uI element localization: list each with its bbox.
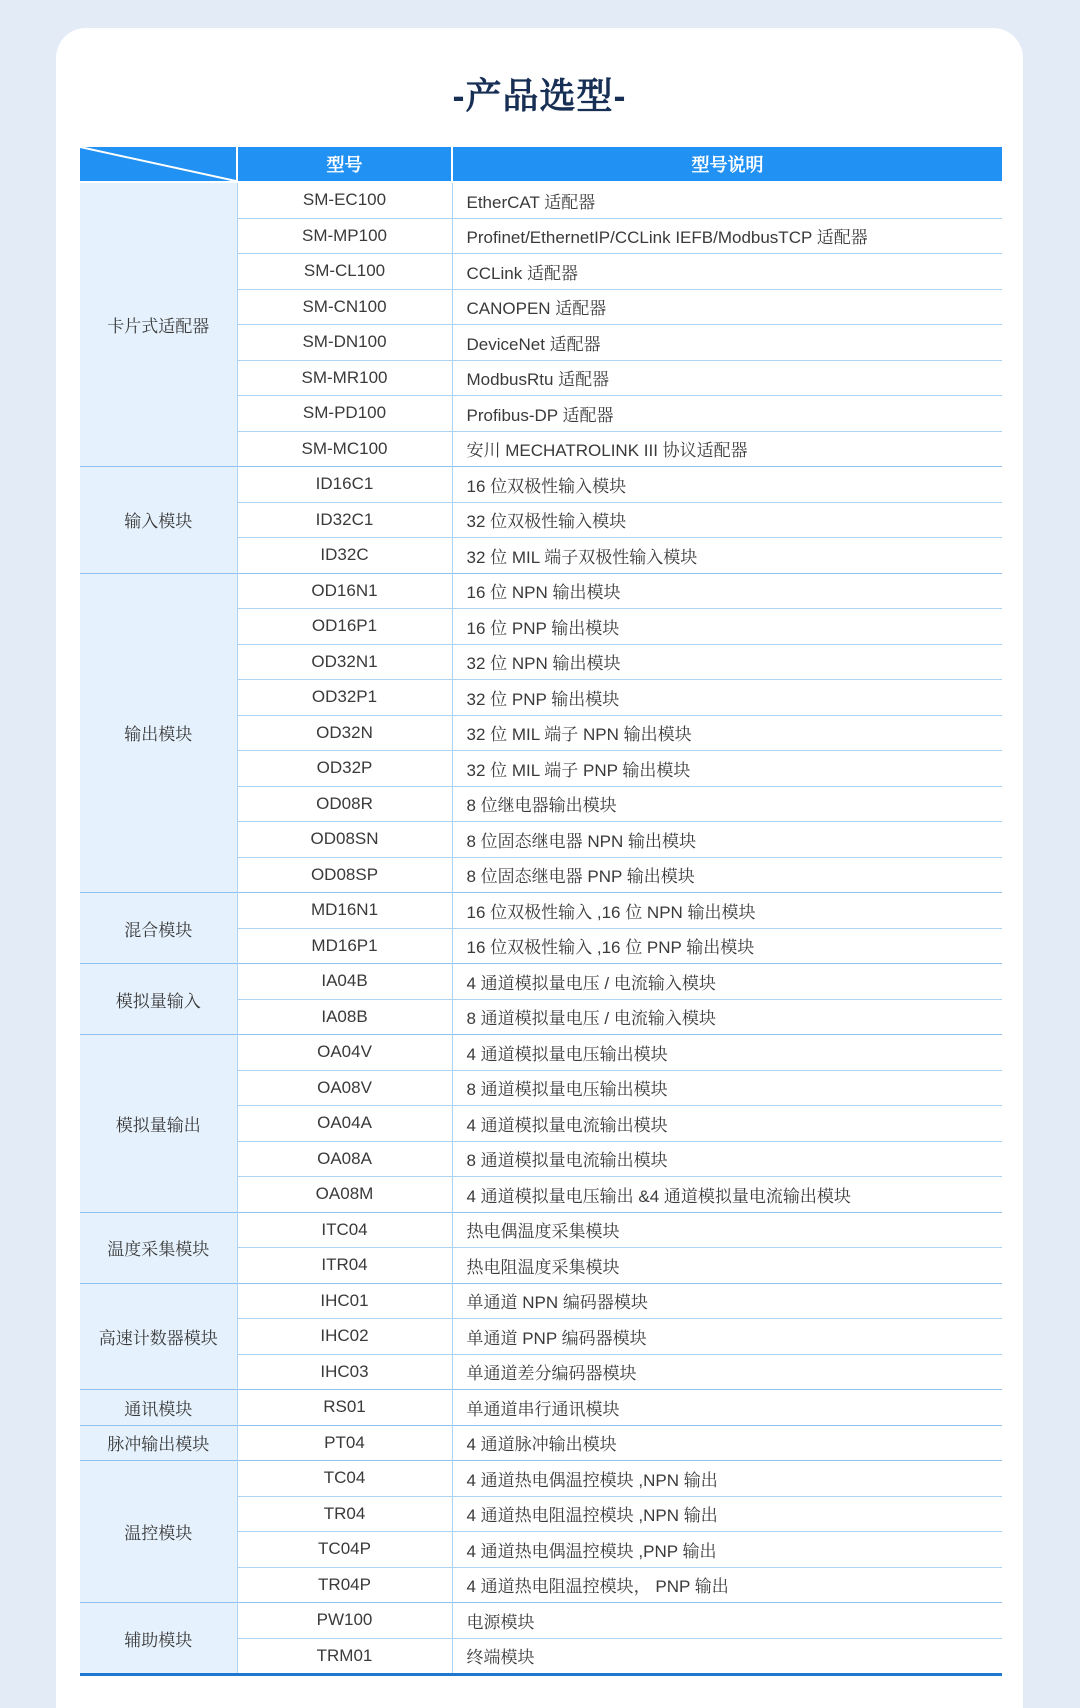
page-title: -产品选型- [56,28,1023,147]
category-cell: 温度采集模块 [80,1212,237,1283]
category-cell: 输入模块 [80,467,237,574]
model-cell: OA04V [237,1035,452,1071]
category-cell: 通讯模块 [80,1390,237,1426]
description-cell: 热电阻温度采集模块 [452,1248,1002,1284]
category-cell: 辅助模块 [80,1603,237,1675]
description-cell: 4 通道热电阻温控模块 ,NPN 输出 [452,1496,1002,1532]
model-cell: MD16N1 [237,893,452,929]
description-cell: 4 通道热电偶温控模块 ,NPN 输出 [452,1461,1002,1497]
description-cell: 32 位 MIL 端子 NPN 输出模块 [452,715,1002,751]
diagonal-divider-icon [80,147,236,181]
description-cell: 32 位 NPN 输出模块 [452,644,1002,680]
category-cell: 输出模块 [80,573,237,893]
model-cell: IHC01 [237,1283,452,1319]
description-cell: 单通道差分编码器模块 [452,1354,1002,1390]
description-cell: 4 通道模拟量电压输出 &4 通道模拟量电流输出模块 [452,1177,1002,1213]
table-header-row: 型号 型号说明 [80,147,1002,182]
description-cell: 32 位双极性输入模块 [452,502,1002,538]
model-cell: TC04 [237,1461,452,1497]
description-cell: 8 通道模拟量电压输出模块 [452,1070,1002,1106]
model-cell: PW100 [237,1603,452,1639]
description-cell: 单通道 NPN 编码器模块 [452,1283,1002,1319]
model-cell: OD32N [237,715,452,751]
description-cell: Profinet/EthernetIP/CCLink IEFB/ModbusTC… [452,218,1002,254]
description-cell: EtherCAT 适配器 [452,182,1002,218]
table-row: 通讯模块RS01单通道串行通讯模块 [80,1390,1002,1426]
table-row: 模拟量输出OA04V4 通道模拟量电压输出模块 [80,1035,1002,1071]
table-row: 输出模块OD16N116 位 NPN 输出模块 [80,573,1002,609]
model-cell: OD32P [237,751,452,787]
model-cell: OD08SP [237,857,452,893]
model-cell: SM-MR100 [237,360,452,396]
model-cell: OD08R [237,786,452,822]
model-cell: SM-PD100 [237,396,452,432]
category-cell: 混合模块 [80,893,237,964]
category-cell: 温控模块 [80,1461,237,1603]
category-cell: 脉冲输出模块 [80,1425,237,1461]
table-row: 混合模块MD16N116 位双极性输入 ,16 位 NPN 输出模块 [80,893,1002,929]
model-cell: OD16P1 [237,609,452,645]
product-selection-card: -产品选型- 型号 型号说明 卡片式适配器SM-EC100EtherCAT 适配… [56,28,1023,1708]
model-cell: ITR04 [237,1248,452,1284]
model-cell: PT04 [237,1425,452,1461]
model-cell: SM-CL100 [237,254,452,290]
model-cell: ITC04 [237,1212,452,1248]
table-body: 卡片式适配器SM-EC100EtherCAT 适配器SM-MP100Profin… [80,182,1002,1675]
description-cell: 32 位 MIL 端子双极性输入模块 [452,538,1002,574]
description-cell: 安川 MECHATROLINK III 协议适配器 [452,431,1002,467]
table-row: 辅助模块PW100电源模块 [80,1603,1002,1639]
model-cell: MD16P1 [237,928,452,964]
model-cell: OA08M [237,1177,452,1213]
model-cell: OA08V [237,1070,452,1106]
model-cell: SM-MC100 [237,431,452,467]
model-cell: OD32P1 [237,680,452,716]
model-cell: TR04 [237,1496,452,1532]
table-row: 脉冲输出模块PT044 通道脉冲输出模块 [80,1425,1002,1461]
description-cell: 32 位 PNP 输出模块 [452,680,1002,716]
model-cell: OA04A [237,1106,452,1142]
model-cell: OA08A [237,1141,452,1177]
description-cell: 热电偶温度采集模块 [452,1212,1002,1248]
model-cell: IA04B [237,964,452,1000]
description-cell: ModbusRtu 适配器 [452,360,1002,396]
description-cell: CCLink 适配器 [452,254,1002,290]
description-cell: 4 通道热电偶温控模块 ,PNP 输出 [452,1532,1002,1568]
description-cell: 32 位 MIL 端子 PNP 输出模块 [452,751,1002,787]
model-cell: OD32N1 [237,644,452,680]
model-cell: SM-MP100 [237,218,452,254]
description-cell: CANOPEN 适配器 [452,289,1002,325]
description-cell: 电源模块 [452,1603,1002,1639]
description-cell: 8 位继电器输出模块 [452,786,1002,822]
model-cell: IHC03 [237,1354,452,1390]
model-cell: IHC02 [237,1319,452,1355]
description-cell: 16 位 NPN 输出模块 [452,573,1002,609]
description-cell: 单通道 PNP 编码器模块 [452,1319,1002,1355]
model-cell: OD08SN [237,822,452,858]
table-row: 温度采集模块ITC04热电偶温度采集模块 [80,1212,1002,1248]
category-cell: 模拟量输入 [80,964,237,1035]
description-cell: 8 通道模拟量电流输出模块 [452,1141,1002,1177]
description-cell: 4 通道脉冲输出模块 [452,1425,1002,1461]
model-cell: SM-EC100 [237,182,452,218]
description-cell: 4 通道模拟量电流输出模块 [452,1106,1002,1142]
description-cell: 终端模块 [452,1638,1002,1675]
model-cell: SM-DN100 [237,325,452,361]
model-cell: TC04P [237,1532,452,1568]
description-cell: 4 通道热电阻温控模块， PNP 输出 [452,1567,1002,1603]
description-cell: 16 位双极性输入模块 [452,467,1002,503]
model-cell: SM-CN100 [237,289,452,325]
table-row: 温控模块TC044 通道热电偶温控模块 ,NPN 输出 [80,1461,1002,1497]
model-cell: ID32C1 [237,502,452,538]
description-cell: 单通道串行通讯模块 [452,1390,1002,1426]
corner-header-cell [80,147,237,182]
description-cell: 8 位固态继电器 PNP 输出模块 [452,857,1002,893]
model-cell: RS01 [237,1390,452,1426]
table-row: 高速计数器模块IHC01单通道 NPN 编码器模块 [80,1283,1002,1319]
description-cell: 4 通道模拟量电压输出模块 [452,1035,1002,1071]
description-column-header: 型号说明 [452,147,1002,182]
model-column-header: 型号 [237,147,452,182]
model-cell: TR04P [237,1567,452,1603]
category-cell: 卡片式适配器 [80,182,237,467]
table-row: 卡片式适配器SM-EC100EtherCAT 适配器 [80,182,1002,218]
description-cell: Profibus-DP 适配器 [452,396,1002,432]
model-cell: TRM01 [237,1638,452,1675]
description-cell: 16 位双极性输入 ,16 位 NPN 输出模块 [452,893,1002,929]
description-cell: 8 通道模拟量电压 / 电流输入模块 [452,999,1002,1035]
category-cell: 模拟量输出 [80,1035,237,1213]
product-selection-table: 型号 型号说明 卡片式适配器SM-EC100EtherCAT 适配器SM-MP1… [80,147,1002,1676]
table-row: 模拟量输入IA04B4 通道模拟量电压 / 电流输入模块 [80,964,1002,1000]
category-cell: 高速计数器模块 [80,1283,237,1390]
table-row: 输入模块ID16C116 位双极性输入模块 [80,467,1002,503]
model-cell: ID32C [237,538,452,574]
description-cell: DeviceNet 适配器 [452,325,1002,361]
description-cell: 16 位 PNP 输出模块 [452,609,1002,645]
description-cell: 4 通道模拟量电压 / 电流输入模块 [452,964,1002,1000]
model-cell: OD16N1 [237,573,452,609]
description-cell: 16 位双极性输入 ,16 位 PNP 输出模块 [452,928,1002,964]
description-cell: 8 位固态继电器 NPN 输出模块 [452,822,1002,858]
model-cell: ID16C1 [237,467,452,503]
model-cell: IA08B [237,999,452,1035]
